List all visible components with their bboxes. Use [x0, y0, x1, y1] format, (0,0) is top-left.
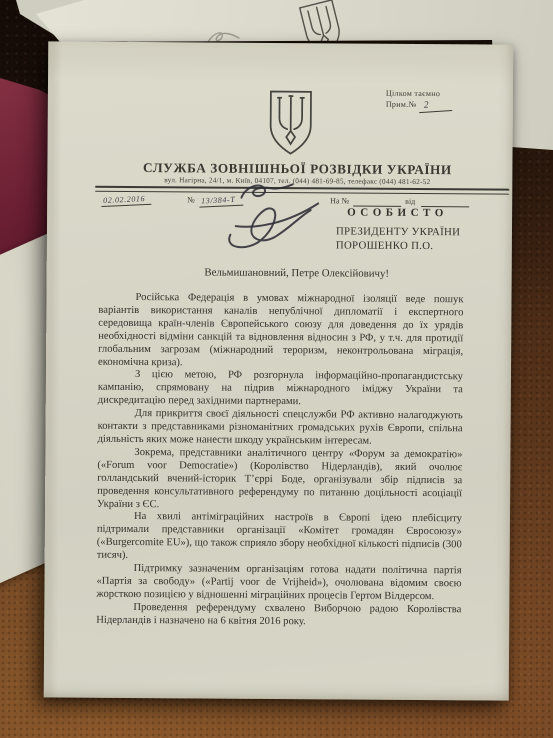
incoming-from-label: від: [405, 197, 415, 206]
ukraine-trident-emblem-icon: [263, 89, 317, 157]
recipient-title: ПРЕЗИДЕНТУ УКРАЇНИ: [336, 225, 460, 239]
incoming-number-blank: [353, 197, 401, 207]
outgoing-date-handwritten: 02.02.2016: [101, 194, 151, 207]
copy-label: Прим.№: [386, 100, 417, 109]
letter-body: Російська Федерація в умовах міжнародної…: [96, 292, 463, 630]
paragraph: Підтримку зазначеним організаціям готова…: [96, 563, 461, 604]
paragraph: Проведення референдуму схвалено Виборчою…: [96, 601, 461, 629]
paragraph: На хвилі антіміграційних настроїв в Євро…: [97, 511, 462, 565]
number-sign: №: [187, 195, 195, 204]
paragraph: Російська Федерація в умовах міжнародної…: [98, 292, 464, 372]
copy-line: Прим.№ 2: [386, 99, 496, 113]
classification-stamp: Цілком таємно Прим.№ 2: [386, 88, 496, 113]
signature-scribble: [212, 174, 338, 258]
paragraph: Зокрема, представники аналітичного центр…: [97, 447, 462, 514]
incoming-date-blank: [421, 197, 469, 207]
recipient-block: ПРЕЗИДЕНТУ УКРАЇНИ ПОРОШЕНКО П.О.: [336, 225, 460, 253]
secrecy-label: Цілком таємно: [386, 88, 496, 100]
copy-number-handwritten: 2: [418, 99, 452, 113]
letter-sheet: Цілком таємно Прим.№ 2 СЛУЖБА ЗОВНІШНЬОЇ…: [44, 41, 514, 700]
desk-photo: п «П жор Нідер Н вони з зростанн Цілком …: [0, 0, 553, 738]
recipient-name: ПОРОШЕНКО П.О.: [336, 239, 460, 253]
paragraph: Для прикриття своєї діяльності спецслужб…: [97, 408, 462, 449]
salutation: Вельмишановний, Петре Олексійовичу!: [77, 266, 517, 281]
personal-marking: ОСОБИСТО: [347, 206, 448, 219]
paragraph: З цією метою, РФ розгорнула інформаційно…: [98, 369, 463, 410]
